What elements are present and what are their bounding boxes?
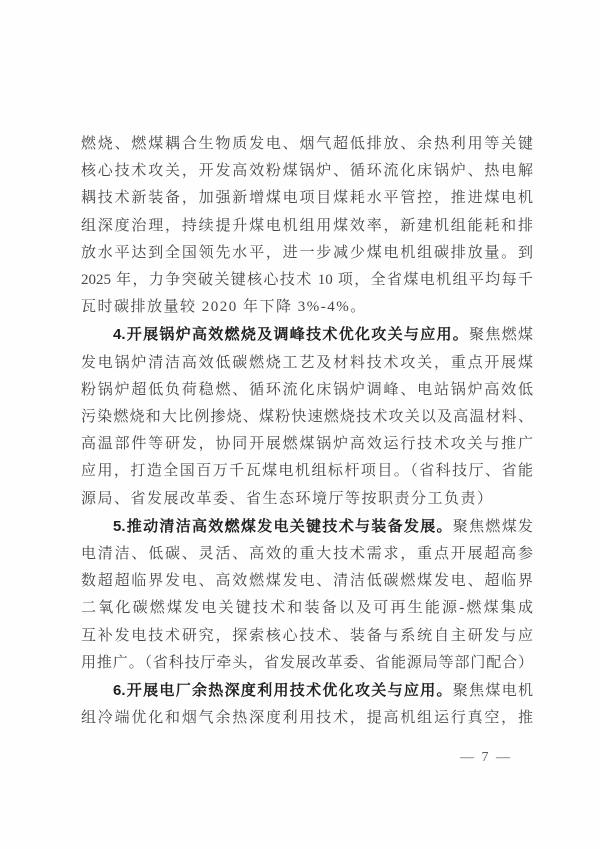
line-text: 互补发电技术研究，探索核心技术、装备与系统自主研发与应 (81, 628, 533, 644)
text-line: 互补发电技术研究，探索核心技术、装备与系统自主研发与应 (81, 623, 533, 650)
section-heading-6: 6.开展电厂余热深度利用技术优化攻关与应用。 (113, 682, 453, 699)
text-line: 数超超临界发电、高效燃煤发电、清洁低碳燃煤发电、超临界 (81, 568, 533, 595)
text-line: 发电锅炉清洁高效低碳燃烧工艺及材料技术攻关，重点开展煤 (81, 350, 533, 377)
line-text: 瓦时碳排放量较 2020 年下降 3%-4%。 (81, 299, 367, 315)
line-text: 粉锅炉超低负荷稳燃、循环流化床锅炉调峰、电站锅炉高效低 (81, 382, 533, 398)
line-text: 污染燃烧和大比例掺烧、煤粉快速燃烧技术攻关以及高温材料、 (81, 409, 533, 425)
document-page: 燃烧、燃煤耦合生物质发电、烟气超低排放、余热利用等关键 核心技术攻关，开发高效粉… (0, 0, 600, 849)
section-heading-4: 4.开展锅炉高效燃烧及调峰技术优化攻关与应用。 (113, 326, 469, 343)
text-line-section-4-start: 4.开展锅炉高效燃烧及调峰技术优化攻关与应用。聚焦燃煤 (81, 321, 533, 349)
text-line: 核心技术攻关，开发高效粉煤锅炉、循环流化床锅炉、热电解 (81, 158, 533, 185)
page-footer: — 7 — (460, 750, 512, 766)
line-text: 放水平达到全国领先水平，进一步减少煤电机组碳排放量。到 (81, 245, 533, 261)
line-text: 组冷端优化和烟气余热深度利用技术，提高机组运行真空，推 (81, 710, 533, 726)
document-body-text: 燃烧、燃煤耦合生物质发电、烟气超低排放、余热利用等关键 核心技术攻关，开发高效粉… (81, 131, 533, 732)
text-line-section-5-start: 5.推动清洁高效燃煤发电关键技术与装备发展。聚焦燃煤发 (81, 513, 533, 541)
text-line: 电清洁、低碳、灵活、高效的重大技术需求，重点开展超高参 (81, 541, 533, 568)
text-line: 粉锅炉超低负荷稳燃、循环流化床锅炉调峰、电站锅炉高效低 (81, 377, 533, 404)
text-line-paragraph-end: 用推广。（省科技厅牵头，省发展改革委、省能源局等部门配合） (81, 650, 533, 677)
text-line: 组深度治理，持续提升煤电机组用煤效率，新建机组能耗和排 (81, 213, 533, 240)
line-text: 用推广。（省科技厅牵头，省发展改革委、省能源局等部门配合） (81, 655, 533, 671)
line-text: 应用，打造全国百万千瓦煤电机组标杆项目。（省科技厅、省能 (81, 463, 533, 479)
line-text: 聚焦燃煤发 (453, 519, 533, 535)
text-line: 二氧化碳燃煤发电关键技术和装备以及可再生能源-燃煤集成 (81, 595, 533, 622)
line-text: 数超超临界发电、高效燃煤发电、清洁低碳燃煤发电、超临界 (81, 573, 533, 589)
text-line-section-6-start: 6.开展电厂余热深度利用技术优化攻关与应用。聚焦煤电机 (81, 677, 533, 705)
line-text: 耦技术新装备，加强新增煤电项目煤耗水平管控，推进煤电机 (81, 190, 533, 206)
line-text: 电清洁、低碳、灵活、高效的重大技术需求，重点开展超高参 (81, 546, 533, 562)
text-line-paragraph-end: 瓦时碳排放量较 2020 年下降 3%-4%。 (81, 294, 533, 321)
page-number: — 7 — (460, 750, 512, 765)
text-line: 组冷端优化和烟气余热深度利用技术，提高机组运行真空，推 (81, 705, 533, 732)
text-line: 耦技术新装备，加强新增煤电项目煤耗水平管控，推进煤电机 (81, 185, 533, 212)
text-line: 放水平达到全国领先水平，进一步减少煤电机组碳排放量。到 (81, 240, 533, 267)
text-line: 高温部件等研发，协同开展燃煤锅炉高效运行技术攻关与推广 (81, 431, 533, 458)
text-line: 应用，打造全国百万千瓦煤电机组标杆项目。（省科技厅、省能 (81, 458, 533, 485)
text-line: 2025 年，力争突破关键核心技术 10 项，全省煤电机组平均每千 (81, 267, 533, 294)
line-text: 燃烧、燃煤耦合生物质发电、烟气超低排放、余热利用等关键 (81, 136, 533, 152)
line-text: 2025 年，力争突破关键核心技术 10 项，全省煤电机组平均每千 (81, 272, 533, 288)
section-heading-5: 5.推动清洁高效燃煤发电关键技术与装备发展。 (113, 518, 453, 535)
text-line: 燃烧、燃煤耦合生物质发电、烟气超低排放、余热利用等关键 (81, 131, 533, 158)
line-text: 核心技术攻关，开发高效粉煤锅炉、循环流化床锅炉、热电解 (81, 163, 533, 179)
line-text: 二氧化碳燃煤发电关键技术和装备以及可再生能源-燃煤集成 (81, 600, 533, 616)
line-text: 源局、省发展改革委、省生态环境厅等按职责分工负责） (81, 491, 494, 507)
line-text: 高温部件等研发，协同开展燃煤锅炉高效运行技术攻关与推广 (81, 436, 533, 452)
line-text: 发电锅炉清洁高效低碳燃烧工艺及材料技术攻关，重点开展煤 (81, 355, 533, 371)
text-line-paragraph-end: 源局、省发展改革委、省生态环境厅等按职责分工负责） (81, 486, 533, 513)
text-line: 污染燃烧和大比例掺烧、煤粉快速燃烧技术攻关以及高温材料、 (81, 404, 533, 431)
line-text: 组深度治理，持续提升煤电机组用煤效率，新建机组能耗和排 (81, 218, 533, 234)
line-text: 聚焦煤电机 (453, 683, 533, 699)
line-text: 聚焦燃煤 (469, 327, 533, 343)
